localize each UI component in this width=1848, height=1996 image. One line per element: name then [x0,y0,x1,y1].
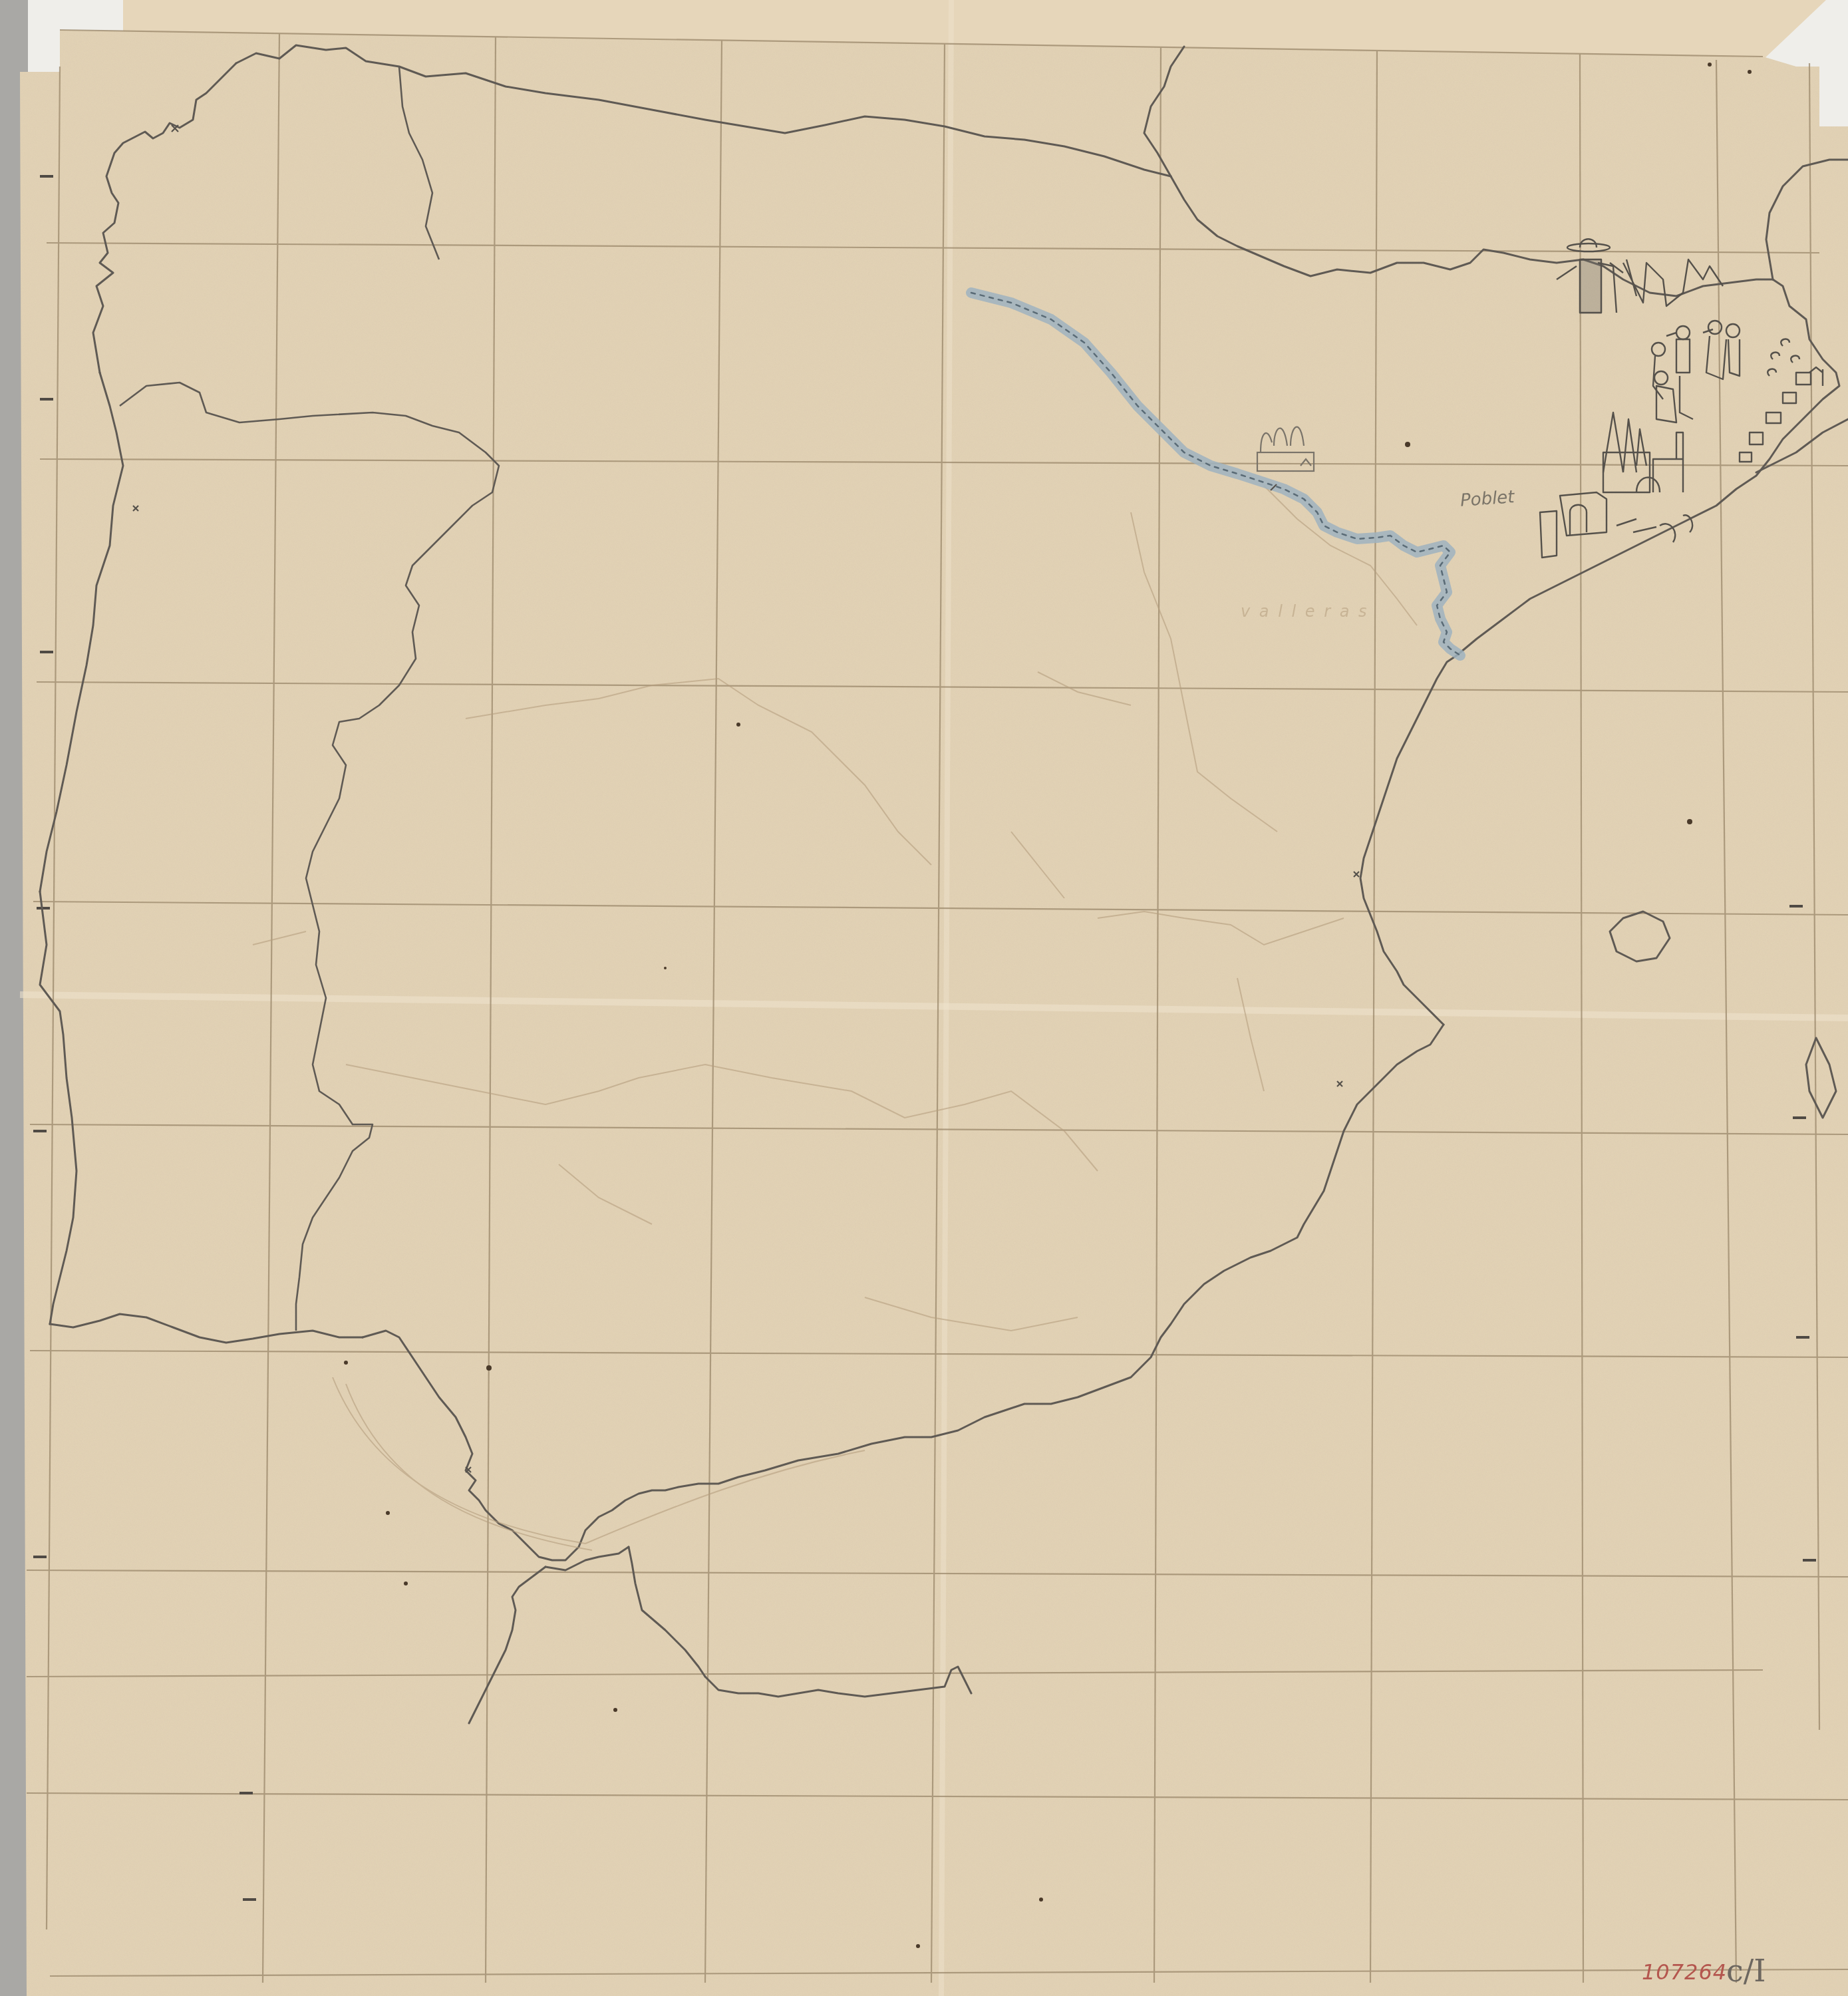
sheet-mark: c/I [1726,1953,1766,1989]
map-sheet [0,0,1848,1996]
faint-annotation: v a l l e r a s [1241,602,1369,621]
archive-number: 107264 [1642,1959,1727,1985]
place-label-poblet: Poblet [1460,487,1515,511]
